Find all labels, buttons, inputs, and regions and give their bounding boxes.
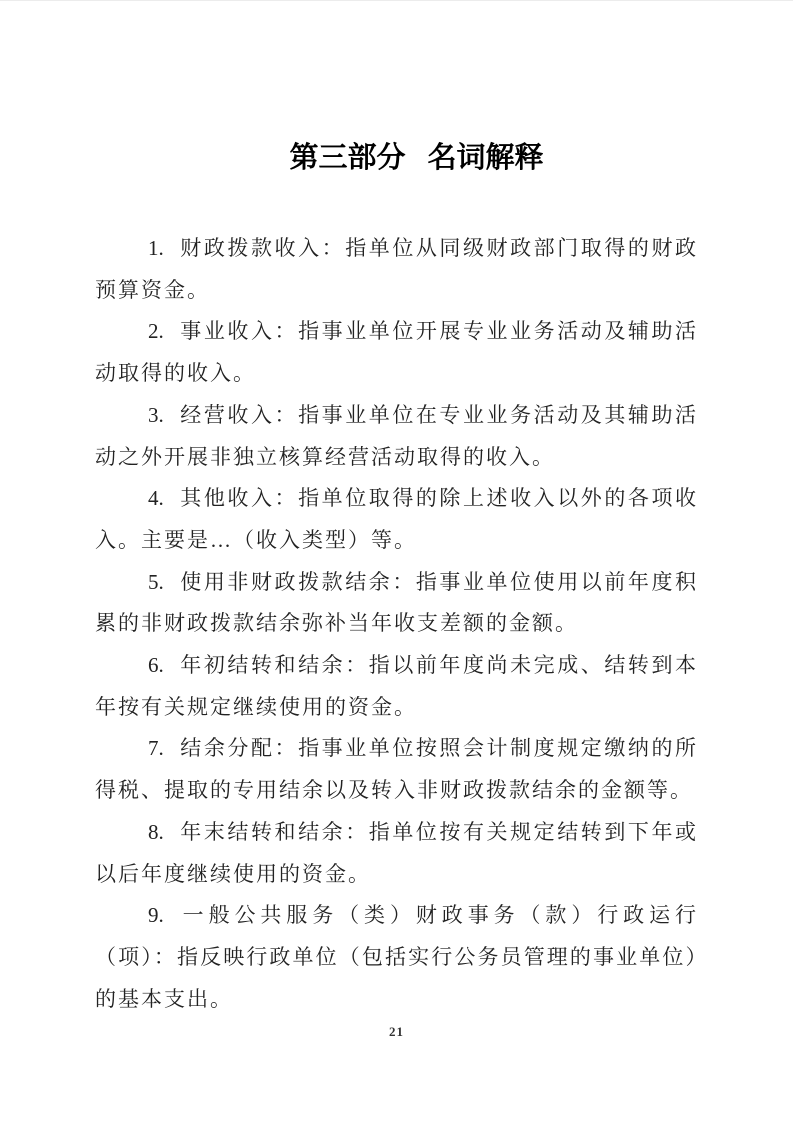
page-number: 21 <box>389 1024 404 1039</box>
glossary-paragraph: 6.年初结转和结余：指以前年度尚未完成、结转到本年按有关规定继续使用的资金。 <box>95 645 698 728</box>
item-number: 6. <box>148 653 164 677</box>
item-number: 2. <box>148 319 164 343</box>
glossary-paragraph: 8.年末结转和结余：指单位按有关规定结转到下年或以后年度继续使用的资金。 <box>95 812 698 895</box>
item-text: 经营收入：指事业单位在专业业务活动及其辅助活动之外开展非独立核算经营活动取得的收… <box>95 403 698 469</box>
item-text: 事业收入：指事业单位开展专业业务活动及辅助活动取得的收入。 <box>95 319 698 385</box>
item-text: 其他收入：指单位取得的除上述收入以外的各项收入。主要是…（收入类型）等。 <box>95 486 698 552</box>
item-number: 9. <box>148 903 164 927</box>
item-text: 年末结转和结余：指单位按有关规定结转到下年或以后年度继续使用的资金。 <box>95 820 698 886</box>
document-page: 第三部分 名词解释 1.财政拨款收入：指单位从同级财政部门取得的财政预算资金。 … <box>0 0 793 1122</box>
glossary-paragraph: 7.结余分配：指事业单位按照会计制度规定缴纳的所得税、提取的专用结余以及转入非财… <box>95 728 698 811</box>
item-number: 3. <box>148 403 164 427</box>
glossary-paragraph: 4.其他收入：指单位取得的除上述收入以外的各项收入。主要是…（收入类型）等。 <box>95 478 698 561</box>
glossary-paragraph: 5.使用非财政拨款结余：指事业单位使用以前年度积累的非财政拨款结余弥补当年收支差… <box>95 562 698 645</box>
page-footer: 21 <box>0 1023 793 1041</box>
glossary-body: 1.财政拨款收入：指单位从同级财政部门取得的财政预算资金。 2.事业收入：指事业… <box>95 228 698 1020</box>
item-text: 财政拨款收入：指单位从同级财政部门取得的财政预算资金。 <box>95 236 698 302</box>
glossary-paragraph: 2.事业收入：指事业单位开展专业业务活动及辅助活动取得的收入。 <box>95 311 698 394</box>
item-number: 1. <box>148 236 164 260</box>
item-text: 结余分配：指事业单位按照会计制度规定缴纳的所得税、提取的专用结余以及转入非财政拨… <box>95 736 698 802</box>
item-number: 4. <box>148 486 164 510</box>
item-number: 5. <box>148 570 164 594</box>
item-number: 8. <box>148 820 164 844</box>
item-text: 一般公共服务（类）财政事务（款）行政运行（项）：指反映行政单位（包括实行公务员管… <box>95 903 698 1010</box>
item-text: 使用非财政拨款结余：指事业单位使用以前年度积累的非财政拨款结余弥补当年收支差额的… <box>95 570 698 636</box>
page-title: 第三部分 名词解释 <box>20 1 793 180</box>
glossary-paragraph: 1.财政拨款收入：指单位从同级财政部门取得的财政预算资金。 <box>95 228 698 311</box>
item-text: 年初结转和结余：指以前年度尚未完成、结转到本年按有关规定继续使用的资金。 <box>95 653 698 719</box>
glossary-paragraph: 9.一般公共服务（类）财政事务（款）行政运行（项）：指反映行政单位（包括实行公务… <box>95 895 698 1020</box>
glossary-paragraph: 3.经营收入：指事业单位在专业业务活动及其辅助活动之外开展非独立核算经营活动取得… <box>95 395 698 478</box>
item-number: 7. <box>148 736 164 760</box>
